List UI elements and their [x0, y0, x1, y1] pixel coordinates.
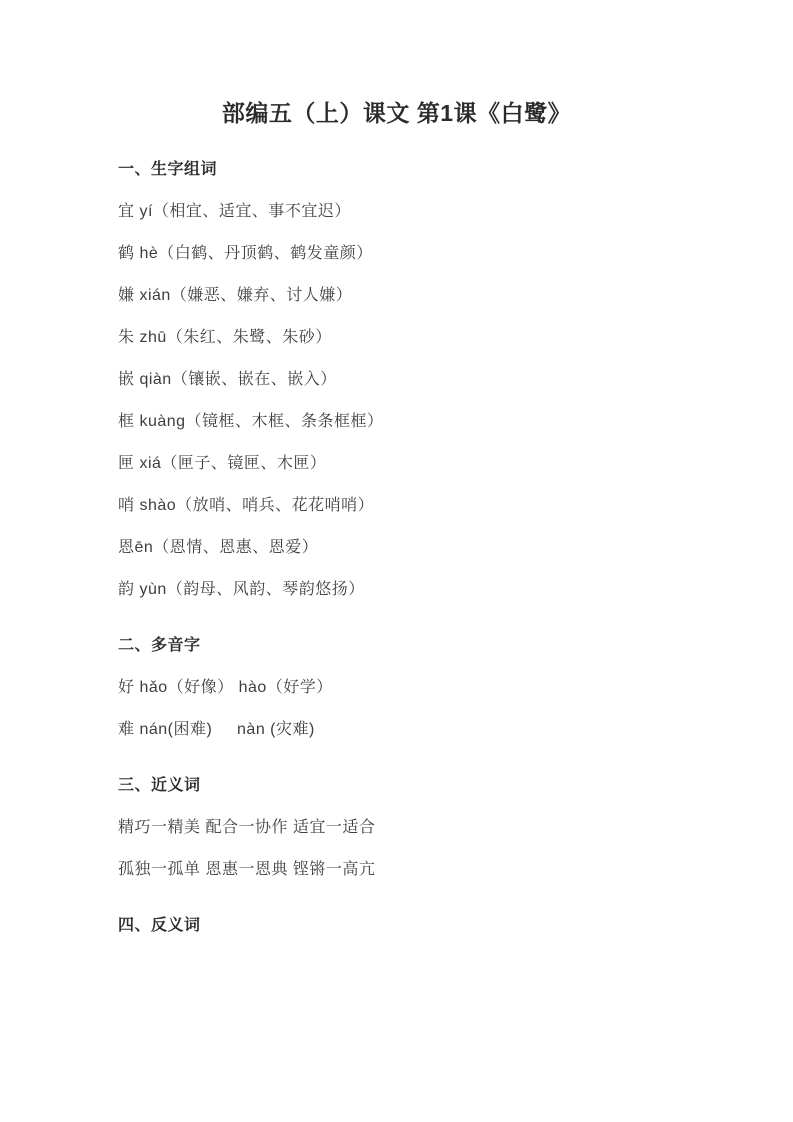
text-line: 嫌 xián（嫌恶、嫌弃、讨人嫌） [118, 288, 683, 304]
section-heading: 二、多音字 [118, 638, 683, 654]
text-line: 嵌 qiàn（镶嵌、嵌在、嵌入） [118, 372, 683, 388]
section-heading: 一、生字组词 [118, 162, 683, 178]
section-vocabulary: 一、生字组词 宜 yí（相宜、适宜、事不宜迟） 鹤 hè（白鹤、丹顶鹤、鹤发童颜… [118, 162, 683, 598]
text-line: 匣 xiá（匣子、镜匣、木匣） [118, 456, 683, 472]
document-title: 部编五（上）课文 第1课《白鹭》 [118, 99, 675, 128]
document-page: 部编五（上）课文 第1课《白鹭》 一、生字组词 宜 yí（相宜、适宜、事不宜迟）… [0, 0, 793, 1122]
text-line: 框 kuàng（镜框、木框、条条框框） [118, 414, 683, 430]
text-line: 孤独一孤单 恩惠一恩典 铿锵一高亢 [118, 862, 683, 878]
text-line: 难 nán(困难) nàn (灾难) [118, 722, 683, 738]
section-synonyms: 三、近义词 精巧一精美 配合一协作 适宜一适合 孤独一孤单 恩惠一恩典 铿锵一高… [118, 778, 683, 878]
text-line: 宜 yí（相宜、适宜、事不宜迟） [118, 204, 683, 220]
section-antonyms: 四、反义词 [118, 918, 683, 934]
text-line: 朱 zhū（朱红、朱鹭、朱砂） [118, 330, 683, 346]
text-line: 精巧一精美 配合一协作 适宜一适合 [118, 820, 683, 836]
text-line: 哨 shào（放哨、哨兵、花花哨哨） [118, 498, 683, 514]
text-line: 韵 yùn（韵母、风韵、琴韵悠扬） [118, 582, 683, 598]
text-line: 鹤 hè（白鹤、丹顶鹤、鹤发童颜） [118, 246, 683, 262]
text-line: 恩ēn（恩情、恩惠、恩爱） [118, 540, 683, 556]
text-line: 好 hǎo（好像） hào（好学） [118, 680, 683, 696]
section-heading: 四、反义词 [118, 918, 683, 934]
section-polyphonic-characters: 二、多音字 好 hǎo（好像） hào（好学） 难 nán(困难) nàn (灾… [118, 638, 683, 738]
section-heading: 三、近义词 [118, 778, 683, 794]
